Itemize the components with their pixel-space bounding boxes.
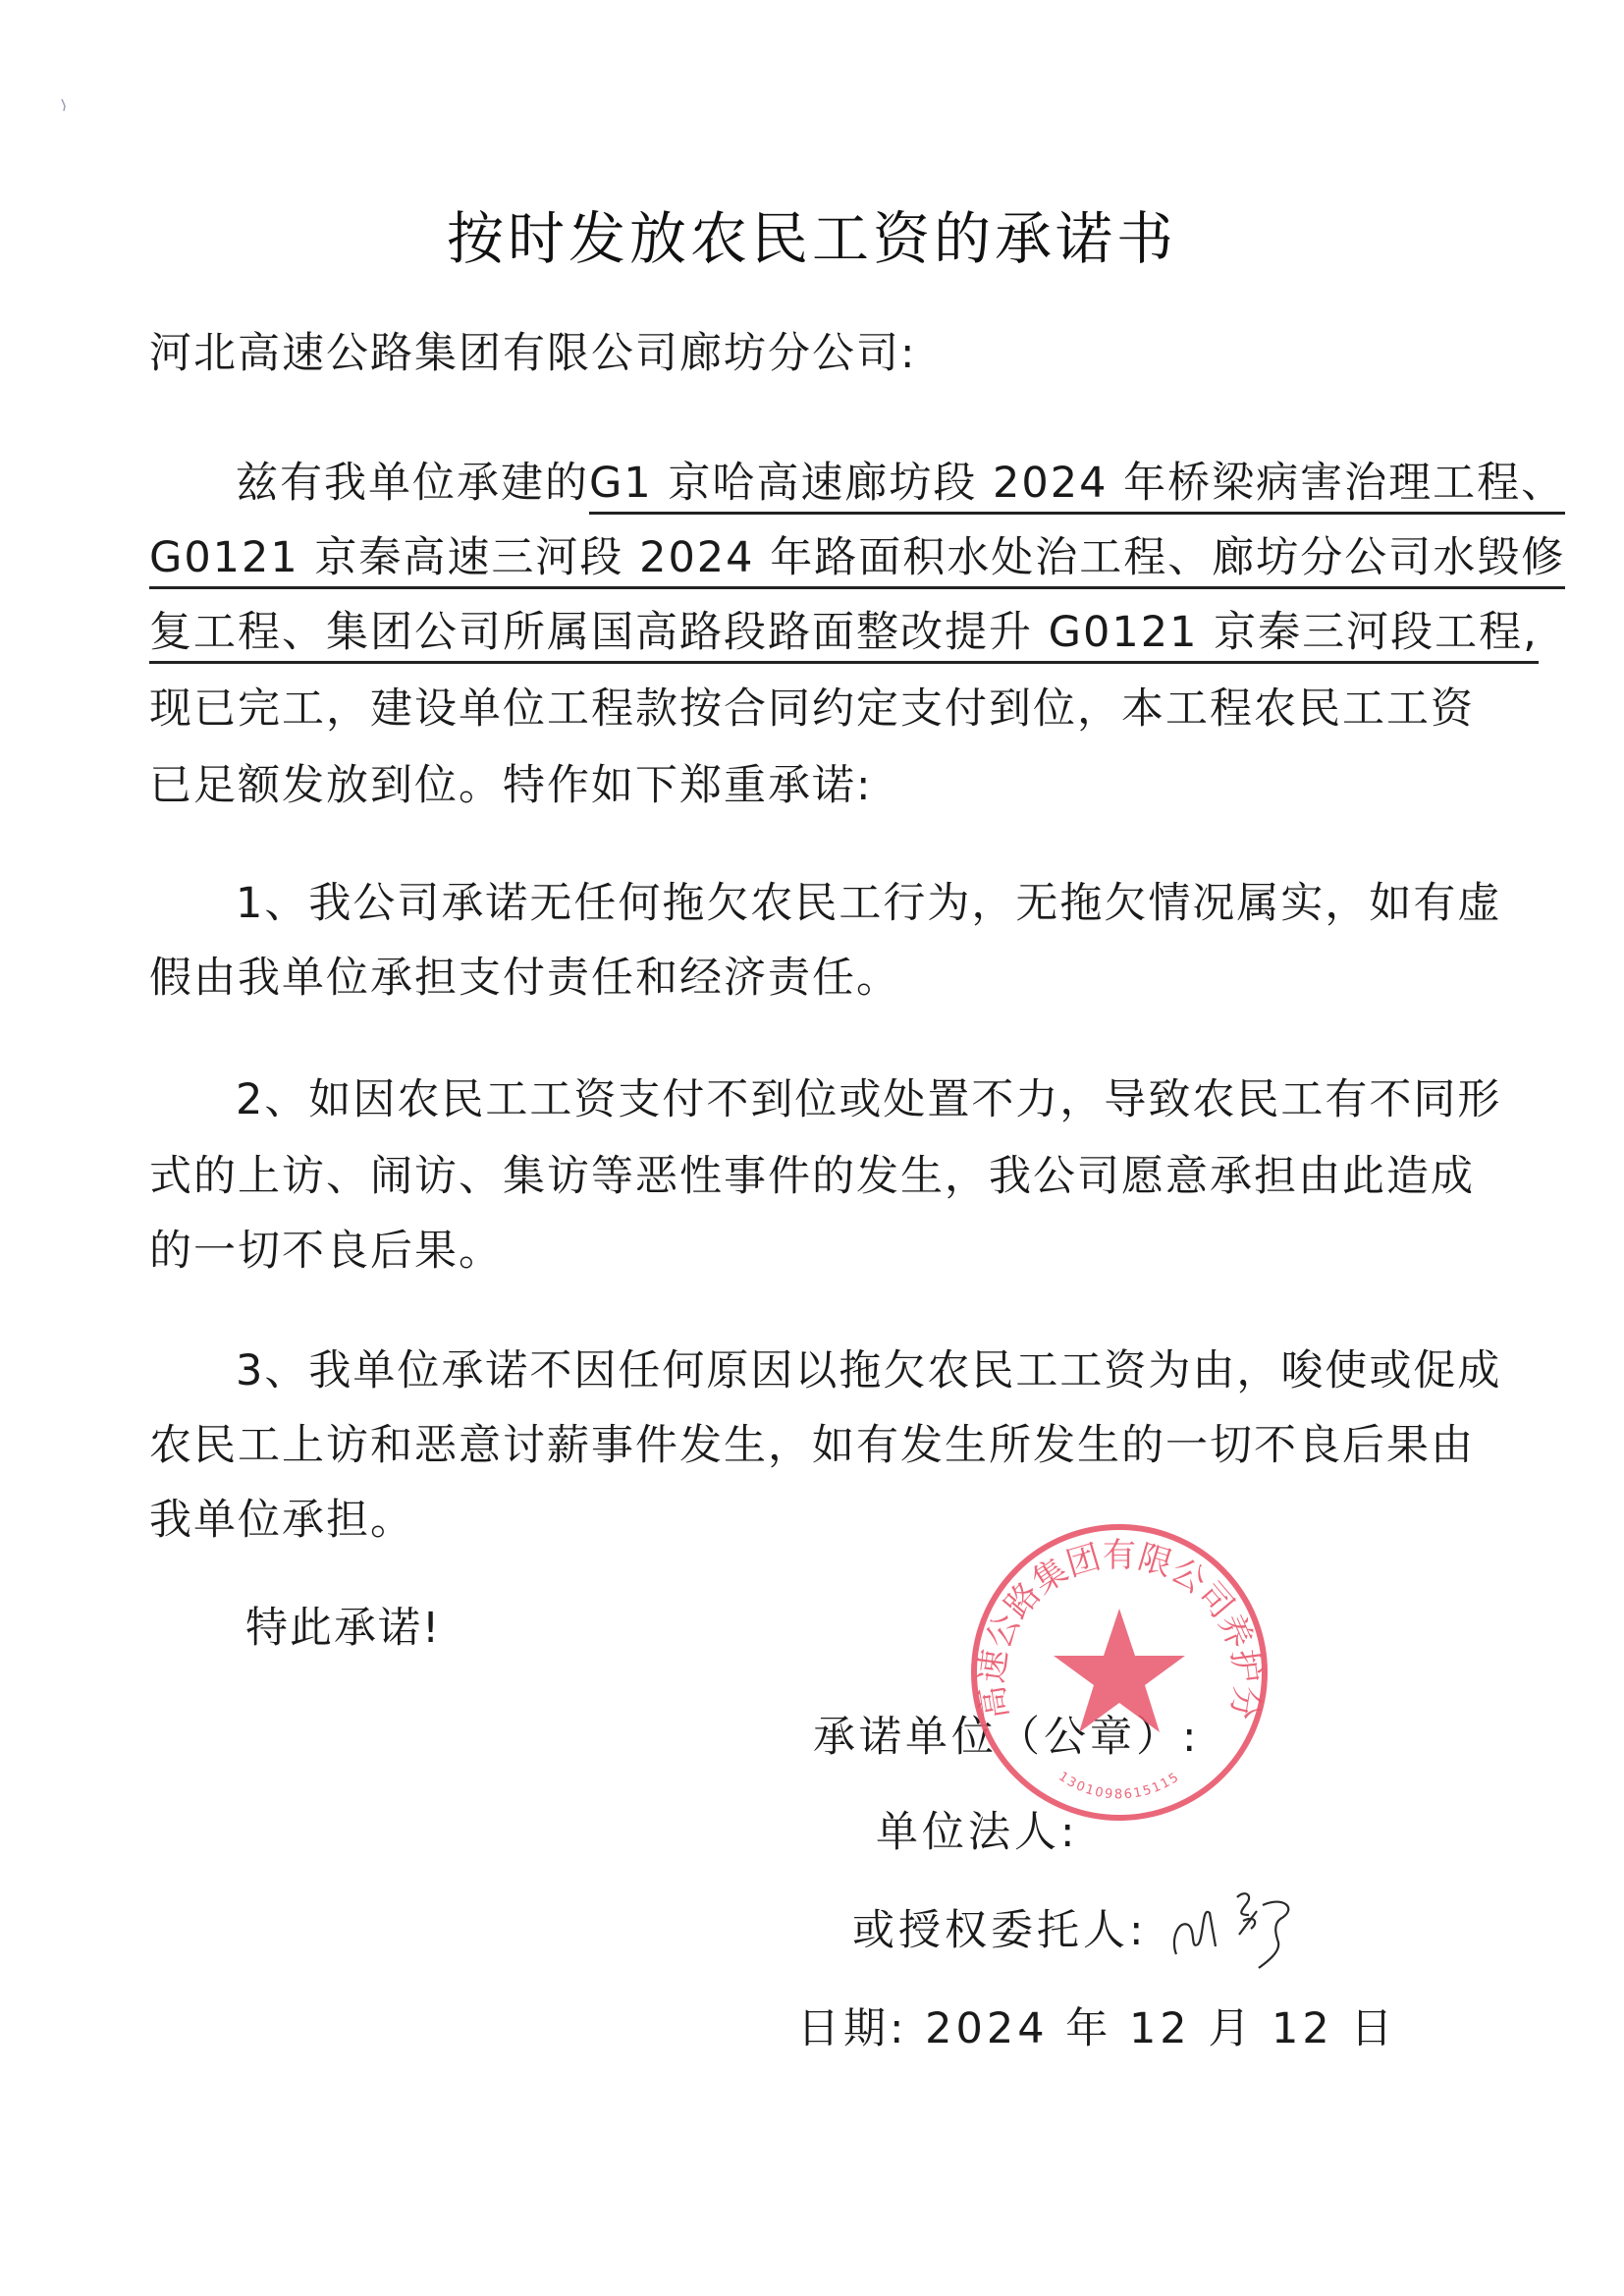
commitment-3-line-3: 我单位承担。: [149, 1491, 414, 1550]
commitment-2-line-1: 2、如因农民工工资支付不到位或处置不力，导致农民工有不同形: [236, 1070, 1501, 1129]
date-line: 日期: 2024 年 12 月 12 日: [797, 1995, 1396, 2055]
date-label: 日期:: [797, 2004, 908, 2053]
official-seal-icon: 河北高速公路集团有限公司养护分公司 1301098615115: [957, 1510, 1281, 1834]
intro-line-3: 复工程、集团公司所属国高路段路面整改提升 G0121 京秦三河段工程,: [149, 603, 1539, 662]
authorized-agent-label: 或授权委托人:: [852, 1897, 1148, 1957]
document-page: 按时发放农民工资的承诺书 河北高速公路集团有限公司廊坊分公司: 兹有我单位承建的…: [0, 0, 1624, 2296]
project-list-part-3: 复工程、集团公司所属国高路段路面整改提升 G0121 京秦三河段工程,: [149, 608, 1539, 664]
scan-speck-icon: [61, 98, 67, 112]
star-icon: [1054, 1609, 1185, 1732]
addressee: 河北高速公路集团有限公司廊坊分公司:: [149, 324, 917, 383]
signature-icon: [1168, 1886, 1316, 1974]
document-title: 按时发放农民工资的承诺书: [0, 192, 1624, 275]
intro-line-5: 已足额发放到位。特作如下郑重承诺:: [149, 756, 873, 815]
closing-text: 特此承诺!: [245, 1599, 441, 1658]
intro-line-1: 兹有我单位承建的G1 京哈高速廊坊段 2024 年桥梁病害治理工程、: [236, 454, 1565, 513]
intro-line-4: 现已完工，建设单位工程款按合同约定支付到位，本工程农民工工资: [149, 680, 1475, 738]
commitment-3-line-1: 3、我单位承诺不因任何原因以拖欠农民工工资为由，唆使或促成: [236, 1341, 1501, 1400]
commitment-1-line-1: 1、我公司承诺无任何拖欠农民工行为，无拖欠情况属实，如有虚: [236, 874, 1501, 933]
commitment-1-line-2: 假由我单位承担支付责任和经济责任。: [149, 949, 900, 1008]
date-value: 2024 年 12 月 12 日: [925, 2004, 1396, 2053]
svg-text:1301098615115: 1301098615115: [1056, 1770, 1183, 1803]
project-list-part-2: G0121 京秦高速三河段 2024 年路面积水处治工程、廊坊分公司水毁修: [149, 533, 1565, 589]
intro-prefix: 兹有我单位承建的: [236, 459, 589, 508]
commitment-3-line-2: 农民工上访和恶意讨薪事件发生，如有发生所发生的一切不良后果由: [149, 1416, 1475, 1475]
commitment-2-line-3: 的一切不良后果。: [149, 1222, 503, 1281]
commitment-2-line-2: 式的上访、闹访、集访等恶性事件的发生，我公司愿意承担由此造成: [149, 1147, 1475, 1206]
project-list-part-1: G1 京哈高速廊坊段 2024 年桥梁病害治理工程、: [589, 459, 1565, 515]
intro-line-2: G0121 京秦高速三河段 2024 年路面积水处治工程、廊坊分公司水毁修: [149, 528, 1565, 587]
